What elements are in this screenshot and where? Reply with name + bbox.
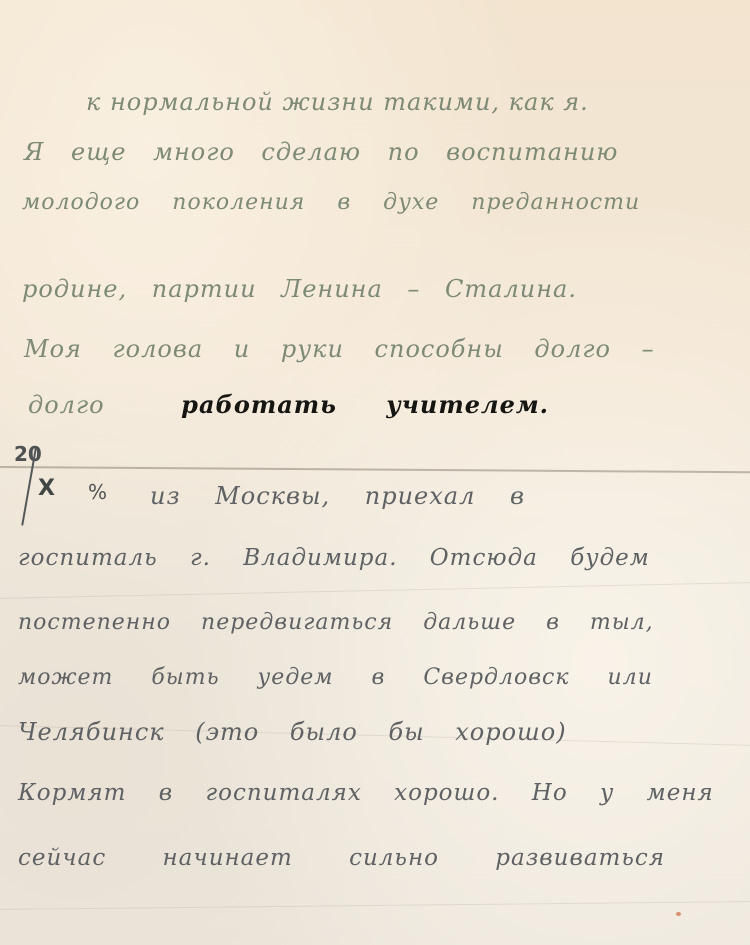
letter-line-1: к нормальной жизни такими, как я.: [86, 88, 589, 116]
letter-line-9: постепенно передвигаться дальше в тыл,: [18, 610, 654, 635]
date-day: 20: [14, 442, 42, 466]
letter-line-7: из Москвы, приехал в: [150, 482, 525, 510]
letter-line-5: Моя голова и руки способны долго –: [24, 335, 655, 363]
date-suffix: %: [88, 480, 107, 504]
letter-line-10: может быть уедем в Свердловск или: [18, 665, 653, 690]
signature-phrase: работать учителем.: [181, 390, 549, 419]
date-month: X: [38, 476, 55, 501]
letter-line-12: Кормят в госпиталях хорошо. Но у меня: [18, 780, 714, 806]
ink-stain: [676, 912, 681, 916]
letter-line-13: сейчас начинает сильно развиваться: [18, 845, 665, 871]
letter-line-3: молодого поколения в духе преданности: [22, 190, 640, 215]
letter-line-8: госпиталь г. Владимира. Отсюда будем: [18, 545, 650, 571]
word-dolgo: долго: [28, 391, 105, 419]
letter-line-4: родине, партии Ленина – Сталина.: [22, 275, 577, 303]
letter-line-2: Я еще много сделаю по воспитанию: [24, 138, 618, 166]
letter-line-6: долго работать учителем.: [28, 390, 549, 419]
letter-line-11: Челябинск (это было бы хорошо): [18, 718, 567, 746]
